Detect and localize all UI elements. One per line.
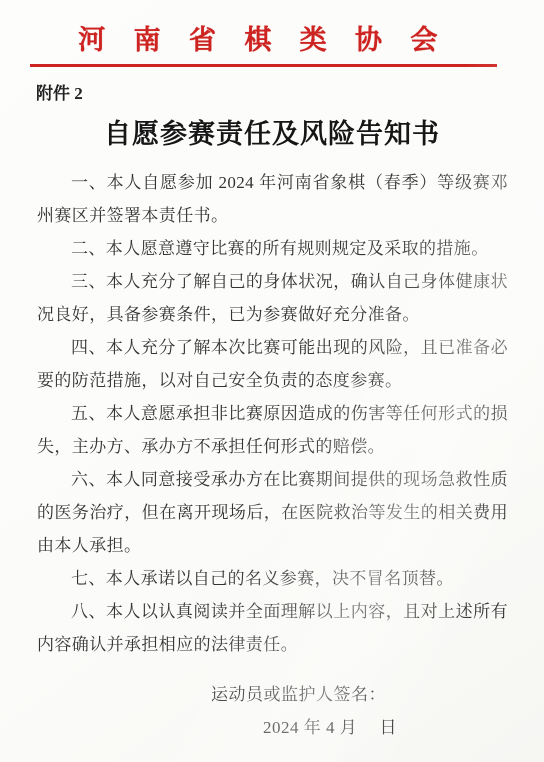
clause-5: 五、本人意愿承担非比赛原因造成的伤害等任何形式的损失，主办方、承办方不承担任何形…: [37, 397, 508, 463]
signature-label: 运动员或监护人签名：: [0, 678, 544, 711]
clause-1: 一、本人自愿参加 2024 年河南省象棋（春季）等级赛邓州赛区并签署本责任书。: [37, 166, 508, 232]
clause-4: 四、本人充分了解本次比赛可能出现的风险，且已准备必要的防范措施，以对自己安全负责…: [37, 331, 508, 397]
signature-block: 运动员或监护人签名： 2024 年 4 月 日: [0, 678, 544, 744]
document-page: 河南省棋类协会 附件 2 自愿参赛责任及风险告知书 一、本人自愿参加 2024 …: [0, 0, 544, 762]
document-title: 自愿参赛责任及风险告知书: [0, 116, 544, 152]
attachment-label: 附件 2: [36, 82, 544, 105]
clause-3: 三、本人充分了解自己的身体状况，确认自己身体健康状况良好，具备参赛条件，已为参赛…: [37, 265, 508, 331]
letterhead-org-name: 河南省棋类协会: [0, 0, 544, 57]
clause-2: 二、本人愿意遵守比赛的所有规则规定及采取的措施。: [37, 232, 508, 265]
clause-8: 八、本人以认真阅读并全面理解以上内容，且对上述所有内容确认并承担相应的法律责任。: [37, 595, 508, 661]
date-line: 2024 年 4 月 日: [0, 711, 544, 744]
clause-6: 六、本人同意接受承办方在比赛期间提供的现场急救性质的医务治疗，但在离开现场后，在…: [37, 463, 508, 562]
document-body: 一、本人自愿参加 2024 年河南省象棋（春季）等级赛邓州赛区并签署本责任书。 …: [37, 166, 508, 661]
letterhead-double-rule: [30, 64, 497, 67]
clause-7: 七、本人承诺以自己的名义参赛，决不冒名顶替。: [37, 562, 508, 595]
